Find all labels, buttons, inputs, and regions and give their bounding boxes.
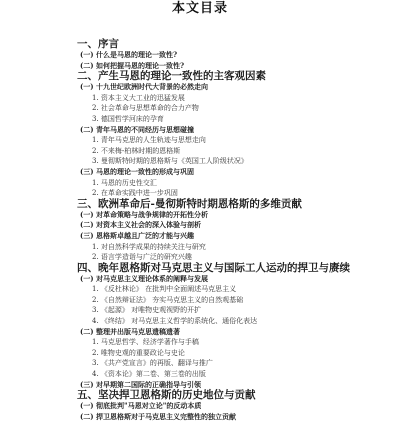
- toc-subheading[interactable]: (一) 对马克思主义理论体系的阐释与发展: [80, 274, 400, 285]
- toc-heading-5[interactable]: 五、坚决捍卫恩格斯的历史地位与贡献: [77, 390, 400, 401]
- toc-subheading[interactable]: (一) 十九世纪欧洲时代大背景的必然走向: [80, 82, 400, 93]
- toc-heading-2[interactable]: 二、产生马恩的理论一致性的主客观因素: [77, 71, 400, 82]
- toc-item[interactable]: 3. 德国哲学河床的孕育: [92, 114, 400, 125]
- toc-item[interactable]: 2. 不来梅-柏林时期的恩格斯: [92, 146, 400, 157]
- toc-heading-4[interactable]: 四、晚年恩格斯对马克思主义与国际工人运动的捍卫与赓续: [77, 263, 400, 274]
- toc-subheading[interactable]: (三) 恩格斯卓越且广泛的才能与兴趣: [80, 231, 400, 242]
- toc-item[interactable]: 1. 资本主义大工业的迅猛发展: [92, 93, 400, 104]
- toc-heading-1[interactable]: 一、序言: [77, 39, 400, 50]
- toc-subheading[interactable]: (二) 青年马恩的不同经历与思想碰撞: [80, 125, 400, 136]
- toc-item[interactable]: 1. 青年马克思的人生轨迹与思想走向: [92, 135, 400, 146]
- toc-item[interactable]: 2. 社会革命与思想革命的合力产物: [92, 103, 400, 114]
- toc-item[interactable]: 4. 《终结》 对马克思主义哲学的系统化、通俗化表达: [92, 316, 400, 327]
- toc-item[interactable]: 2. 《自然辩证法》 夯实马克思主义的自然观基础: [92, 295, 400, 306]
- toc-heading-3[interactable]: 三、欧洲革命后-曼彻斯特时期恩格斯的多维贡献: [77, 199, 400, 210]
- toc-subheading[interactable]: (三) 马恩的理论一致性的形成与巩固: [80, 167, 400, 178]
- toc-item[interactable]: 1. 马克思哲学、经济学著作与手稿: [92, 337, 400, 348]
- toc-item[interactable]: 3. 《共产党宣言》的再版、翻译与推广: [92, 358, 400, 369]
- page-title: 本文目录: [0, 1, 400, 17]
- toc-subheading[interactable]: (一) 对革命策略与战争规律的开拓性分析: [80, 210, 400, 221]
- toc-item[interactable]: 3. 曼彻斯特时期的恩格斯与《英国工人阶级状况》: [92, 156, 400, 167]
- toc-subheading[interactable]: (二) 对资本主义社会的深入体验与剖析: [80, 220, 400, 231]
- toc-subheading[interactable]: (一) 什么是马恩的理论一致性?: [80, 50, 400, 61]
- toc-item[interactable]: 2. 唯物史观的重要政论与史论: [92, 348, 400, 359]
- toc-item[interactable]: 1. 《反杜林论》 在批判中全面阐述马克思主义: [92, 284, 400, 295]
- toc-item[interactable]: 1. 对自然科学成果的持续关注与研究: [92, 242, 400, 253]
- toc-subheading[interactable]: (二) 整理并出版马克思遗稿遗著: [80, 327, 400, 338]
- toc-subheading[interactable]: (二) 捍卫恩格斯对于马克思主义完整性的独立贡献: [80, 412, 400, 422]
- toc-item[interactable]: 1. 马恩的历史性交汇: [92, 178, 400, 189]
- table-of-contents: 一、序言 (一) 什么是马恩的理论一致性? (二) 如何把握马恩的理论一致性? …: [77, 39, 400, 422]
- toc-item[interactable]: 3. 《起源》 对唯物史观视野的开扩: [92, 305, 400, 316]
- toc-item[interactable]: 4. 《资本论》第二卷、第三卷的出版: [92, 369, 400, 380]
- toc-subheading[interactable]: (一) 彻底批判"马恩对立论"的反动本质: [80, 401, 400, 412]
